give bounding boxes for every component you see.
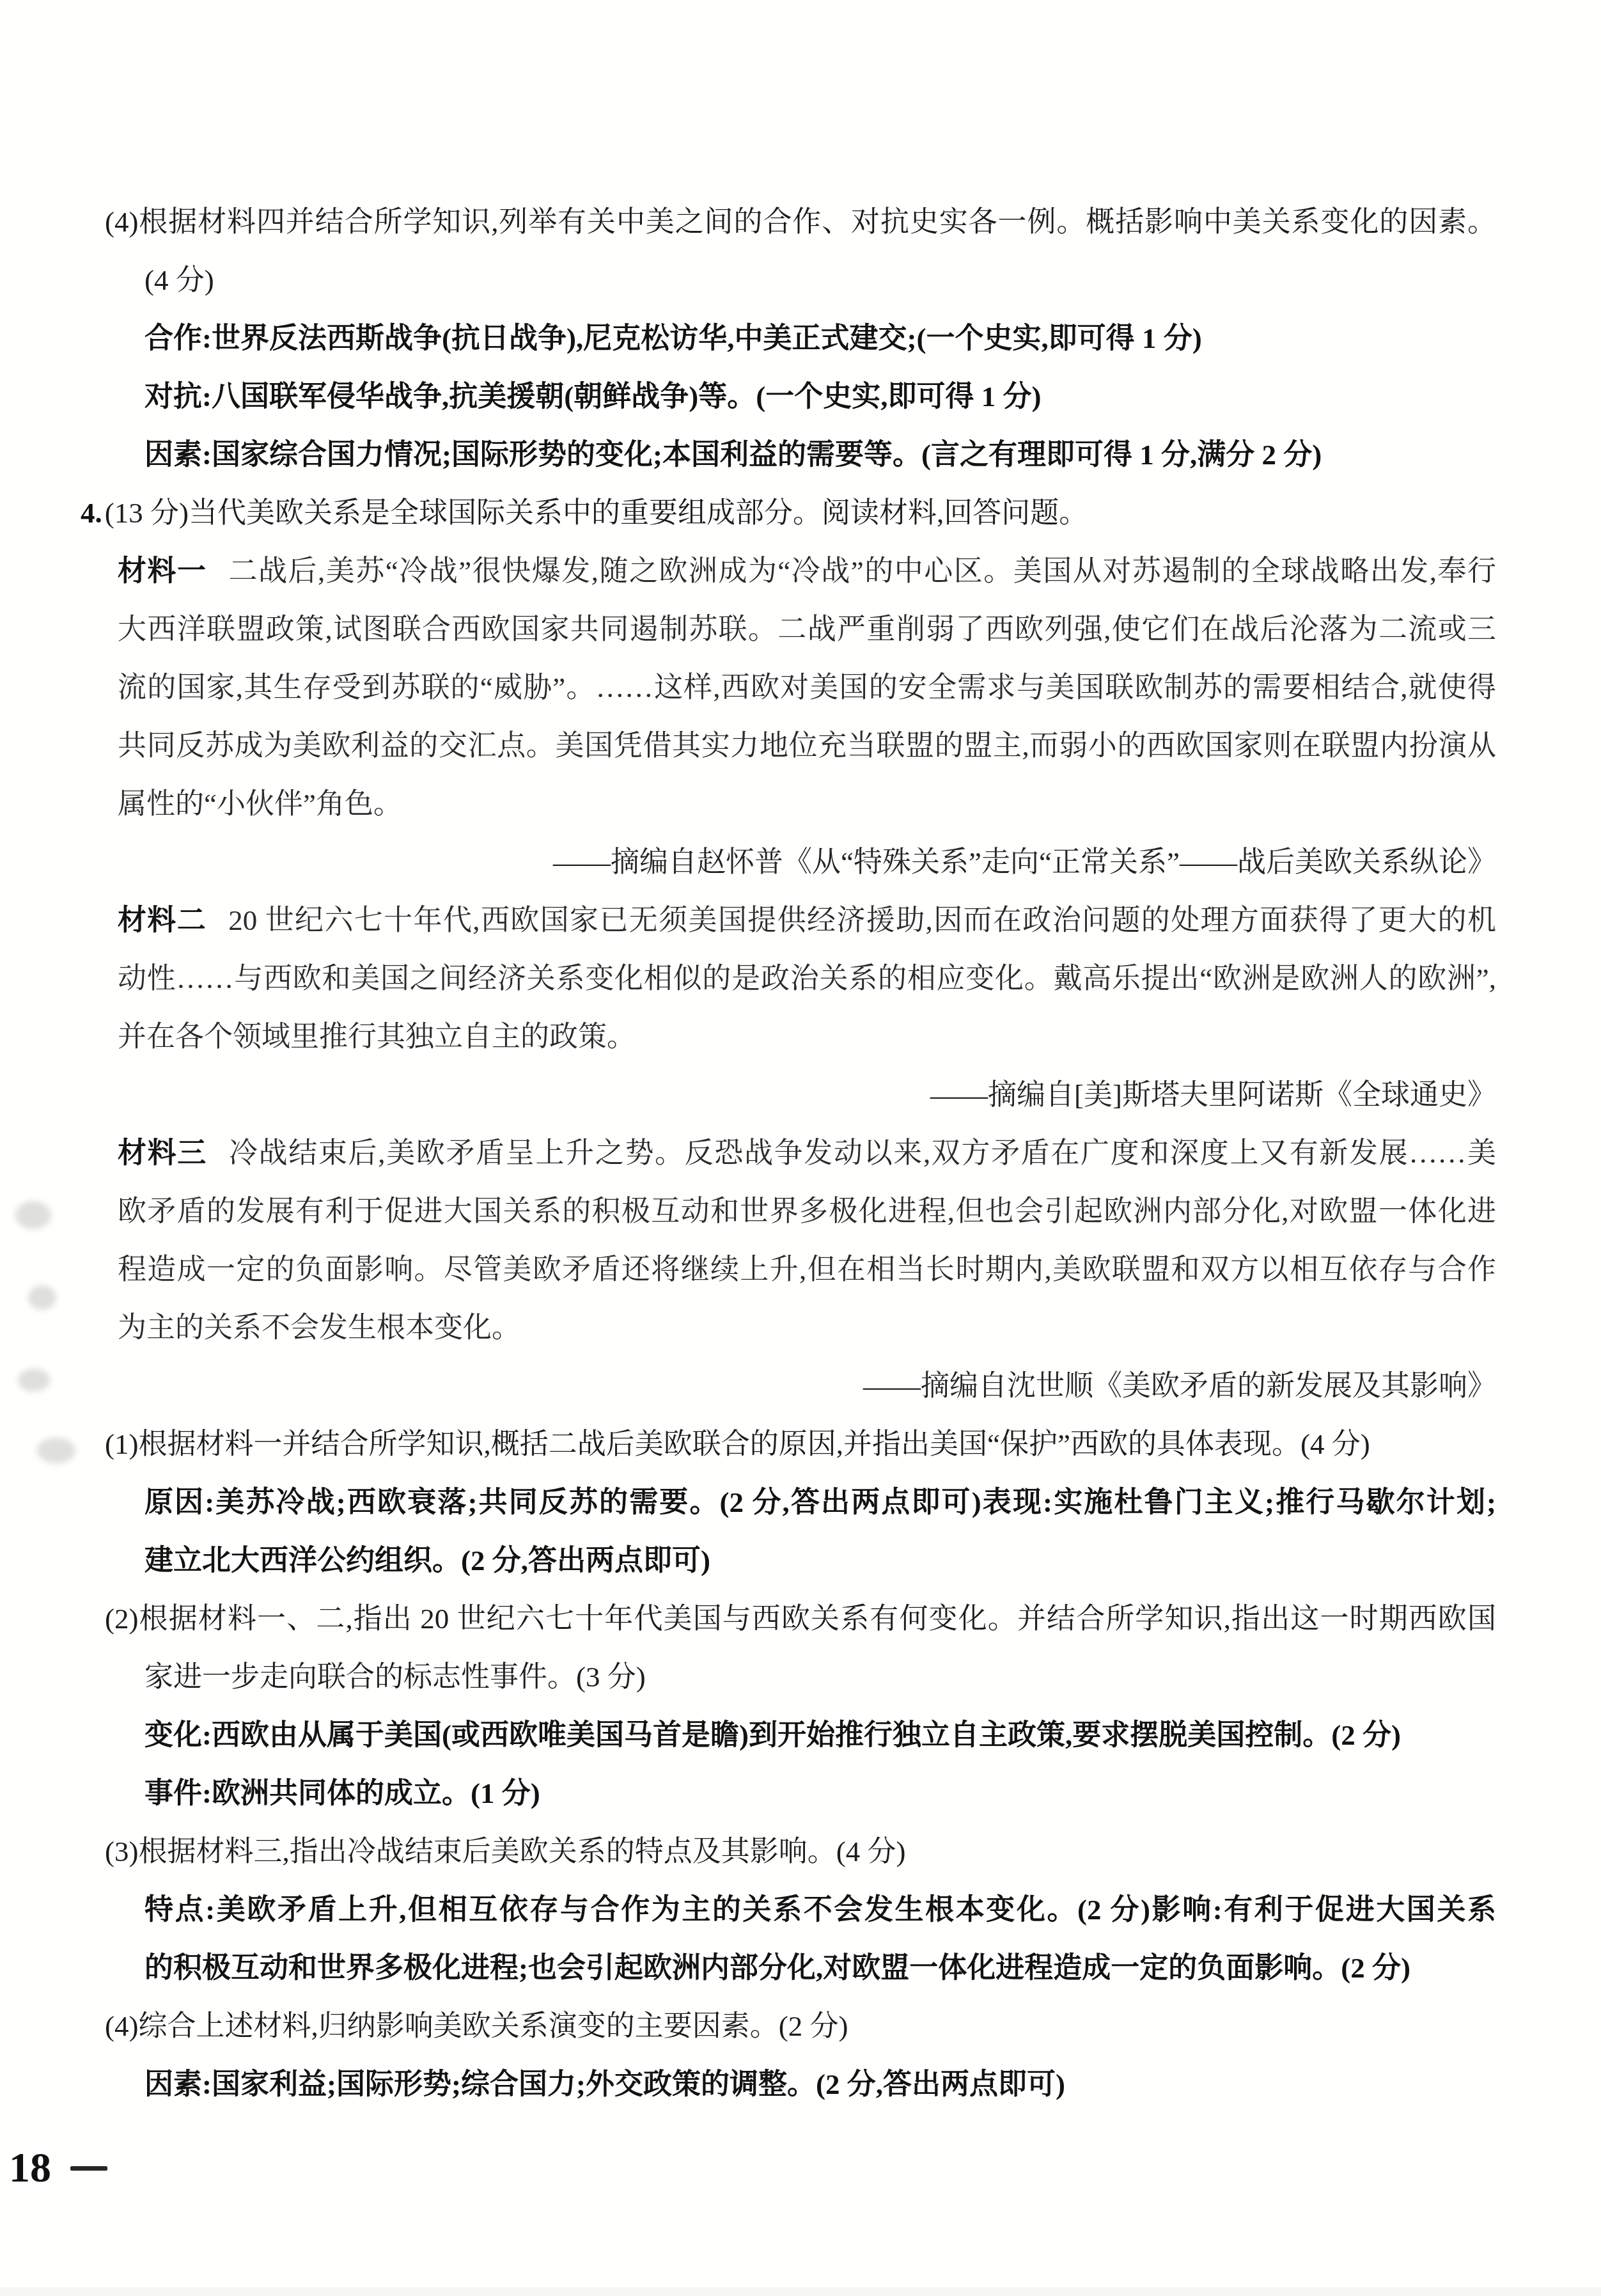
page-number-dash [70, 2166, 107, 2171]
answer-line: 事件:欧洲共同体的成立。(1 分) [0, 1765, 1601, 1823]
answer-line: 原因:美苏冷战;西欧衰落;共同反苏的需要。(2 分,答出两点即可)表现:实施杜鲁… [0, 1474, 1601, 1532]
material-paragraph-line: 并在各个领域里推行其独立自主的政策。 [0, 1008, 1601, 1066]
material-label: 材料一 [118, 555, 207, 587]
question-line: (4)根据材料四并结合所学知识,列举有关中美之间的合作、对抗史实各一例。概括影响… [0, 193, 1601, 251]
page-number: 18 [9, 2144, 51, 2192]
material-paragraph-line: 材料三冷战结束后,美欧矛盾呈上升之势。反恐战争发动以来,双方矛盾在广度和深度上又… [0, 1124, 1601, 1183]
scan-artifact [15, 1201, 51, 1229]
answer-line: 的积极互动和世界多极化进程;也会引起欧洲内部分化,对欧盟一体化进程造成一定的负面… [0, 1939, 1601, 1997]
question-line: (4)综合上述材料,归纳影响美欧关系演变的主要因素。(2 分) [0, 1997, 1601, 2056]
question-line: 家进一步走向联合的标志性事件。(3 分) [0, 1648, 1601, 1706]
question-line: (2)根据材料一、二,指出 20 世纪六七十年代美国与西欧关系有何变化。并结合所… [0, 1590, 1601, 1648]
answer-line: 因素:国家利益;国际形势;综合国力;外交政策的调整。(2 分,答出两点即可) [0, 2056, 1601, 2114]
question-line: (1)根据材料一并结合所学知识,概括二战后美欧联合的原因,并指出美国“保护”西欧… [0, 1415, 1601, 1474]
source-attribution: ——摘编自沈世顺《美欧矛盾的新发展及其影响》 [0, 1357, 1601, 1415]
page-content: (4)根据材料四并结合所学知识,列举有关中美之间的合作、对抗史实各一例。概括影响… [0, 193, 1601, 2114]
material-paragraph-line: 共同反苏成为美欧利益的交汇点。美国凭借其实力地位充当联盟的盟主,而弱小的西欧国家… [0, 717, 1601, 775]
question-line: (3)根据材料三,指出冷战结束后美欧关系的特点及其影响。(4 分) [0, 1823, 1601, 1881]
material-paragraph-line: 大西洋联盟政策,试图联合西欧国家共同遏制苏联。二战严重削弱了西欧列强,使它们在战… [0, 601, 1601, 659]
material-paragraph-line: 流的国家,其生存受到苏联的“威胁”。……这样,西欧对美国的安全需求与美国联欧制苏… [0, 659, 1601, 717]
question-line: 4.(13 分)当代美欧关系是全球国际关系中的重要组成部分。阅读材料,回答问题。 [0, 484, 1601, 542]
page-footer: 18 [9, 2144, 107, 2192]
material-paragraph-line: 程造成一定的负面影响。尽管美欧矛盾还将继续上升,但在相当长时期内,美欧联盟和双方… [0, 1241, 1601, 1299]
material-label: 材料二 [118, 904, 207, 936]
answer-line: 合作:世界反法西斯战争(抗日战争),尼克松访华,中美正式建交;(一个史实,即可得… [0, 310, 1601, 368]
material-paragraph-line: 为主的关系不会发生根本变化。 [0, 1299, 1601, 1357]
scan-artifact [18, 1369, 50, 1392]
material-paragraph-line: 欧矛盾的发展有利于促进大国关系的积极互动和世界多极化进程,但也会引起欧洲内部分化… [0, 1183, 1601, 1241]
material-paragraph-line: 材料二20 世纪六七十年代,西欧国家已无须美国提供经济援助,因而在政治问题的处理… [0, 892, 1601, 950]
scan-artifact [37, 1438, 75, 1463]
question-number: 4. [81, 497, 102, 529]
answer-line: 建立北大西洋公约组织。(2 分,答出两点即可) [0, 1532, 1601, 1590]
question-line: (4 分) [0, 251, 1601, 310]
answer-line: 对抗:八国联军侵华战争,抗美援朝(朝鲜战争)等。(一个史实,即可得 1 分) [0, 368, 1601, 426]
material-paragraph-line: 材料一二战后,美苏“冷战”很快爆发,随之欧洲成为“冷战”的中心区。美国从对苏遏制… [0, 542, 1601, 601]
source-attribution: ——摘编自赵怀普《从“特殊关系”走向“正常关系”——战后美欧关系纵论》 [0, 833, 1601, 892]
material-paragraph-line: 属性的“小伙伴”角色。 [0, 775, 1601, 833]
material-label: 材料三 [118, 1137, 207, 1169]
scan-artifact [28, 1286, 56, 1310]
scanned-exam-page: (4)根据材料四并结合所学知识,列举有关中美之间的合作、对抗史实各一例。概括影响… [0, 0, 1601, 2296]
answer-line: 变化:西欧由从属于美国(或西欧唯美国马首是瞻)到开始推行独立自主政策,要求摆脱美… [0, 1706, 1601, 1765]
source-attribution: ——摘编自[美]斯塔夫里阿诺斯《全球通史》 [0, 1066, 1601, 1124]
answer-line: 特点:美欧矛盾上升,但相互依存与合作为主的关系不会发生根本变化。(2 分)影响:… [0, 1881, 1601, 1939]
answer-line: 因素:国家综合国力情况;国际形势的变化;本国利益的需要等。(言之有理即可得 1 … [0, 426, 1601, 484]
scan-edge-band [0, 2287, 1601, 2296]
material-paragraph-line: 动性……与西欧和美国之间经济关系变化相似的是政治关系的相应变化。戴高乐提出“欧洲… [0, 950, 1601, 1008]
